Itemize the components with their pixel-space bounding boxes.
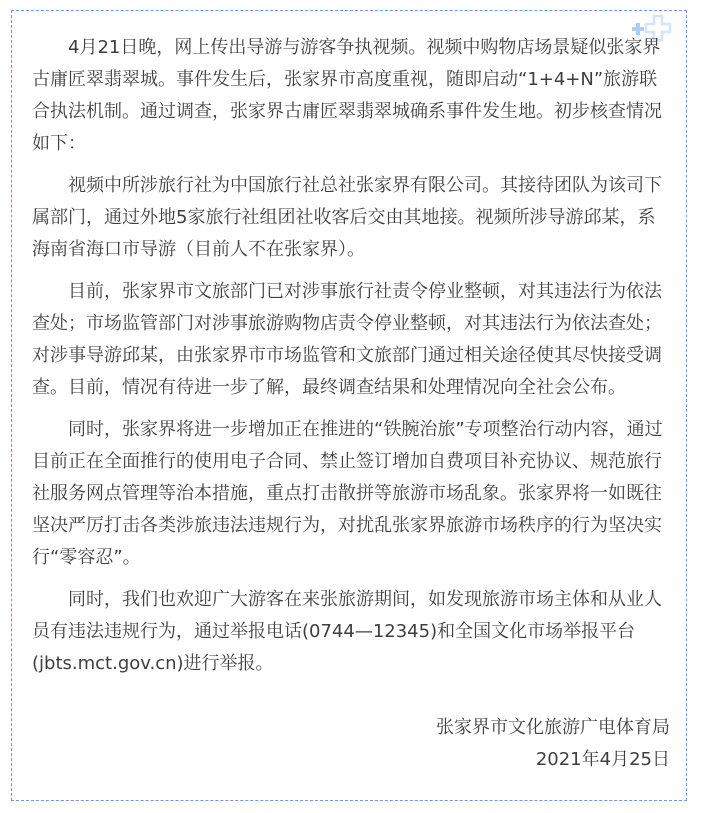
dashed-border-frame: 4月21日晚，网上传出导游与游客争执视频。视频中购物店场景疑似张家界古庸匠翠翡翠… (11, 10, 687, 801)
page: { "page": { "background_color": "#ffffff… (0, 0, 711, 813)
paragraph-agency-findings: 视频中所涉旅行社为中国旅行社总社张家界有限公司。其接待团队为该司下属部门，通过外… (32, 170, 670, 266)
notice-body: 4月21日晚，网上传出导游与游客争执视频。视频中购物店场景疑似张家界古庸匠翠翡翠… (12, 11, 686, 776)
paragraph-incident-intro: 4月21日晚，网上传出导游与游客争执视频。视频中购物店场景疑似张家界古庸匠翠翡翠… (32, 32, 670, 160)
signature-date: 2021年4月25日 (32, 744, 670, 776)
signature-agency: 张家界市文化旅游广电体育局 (32, 712, 670, 744)
paragraph-report-channels: 同时，我们也欢迎广大游客在来张旅游期间，如发现旅游市场主体和从业人员有违法违规行… (32, 584, 670, 680)
paragraph-actions-taken: 目前，张家界市文旅部门已对涉事旅行社责令停业整顿，对其违法行为依法查处；市场监管… (32, 276, 670, 404)
paragraph-rectification-campaign: 同时，张家界将进一步增加正在推进的“铁腕治旅”专项整治行动内容，通过目前正在全面… (32, 414, 670, 574)
